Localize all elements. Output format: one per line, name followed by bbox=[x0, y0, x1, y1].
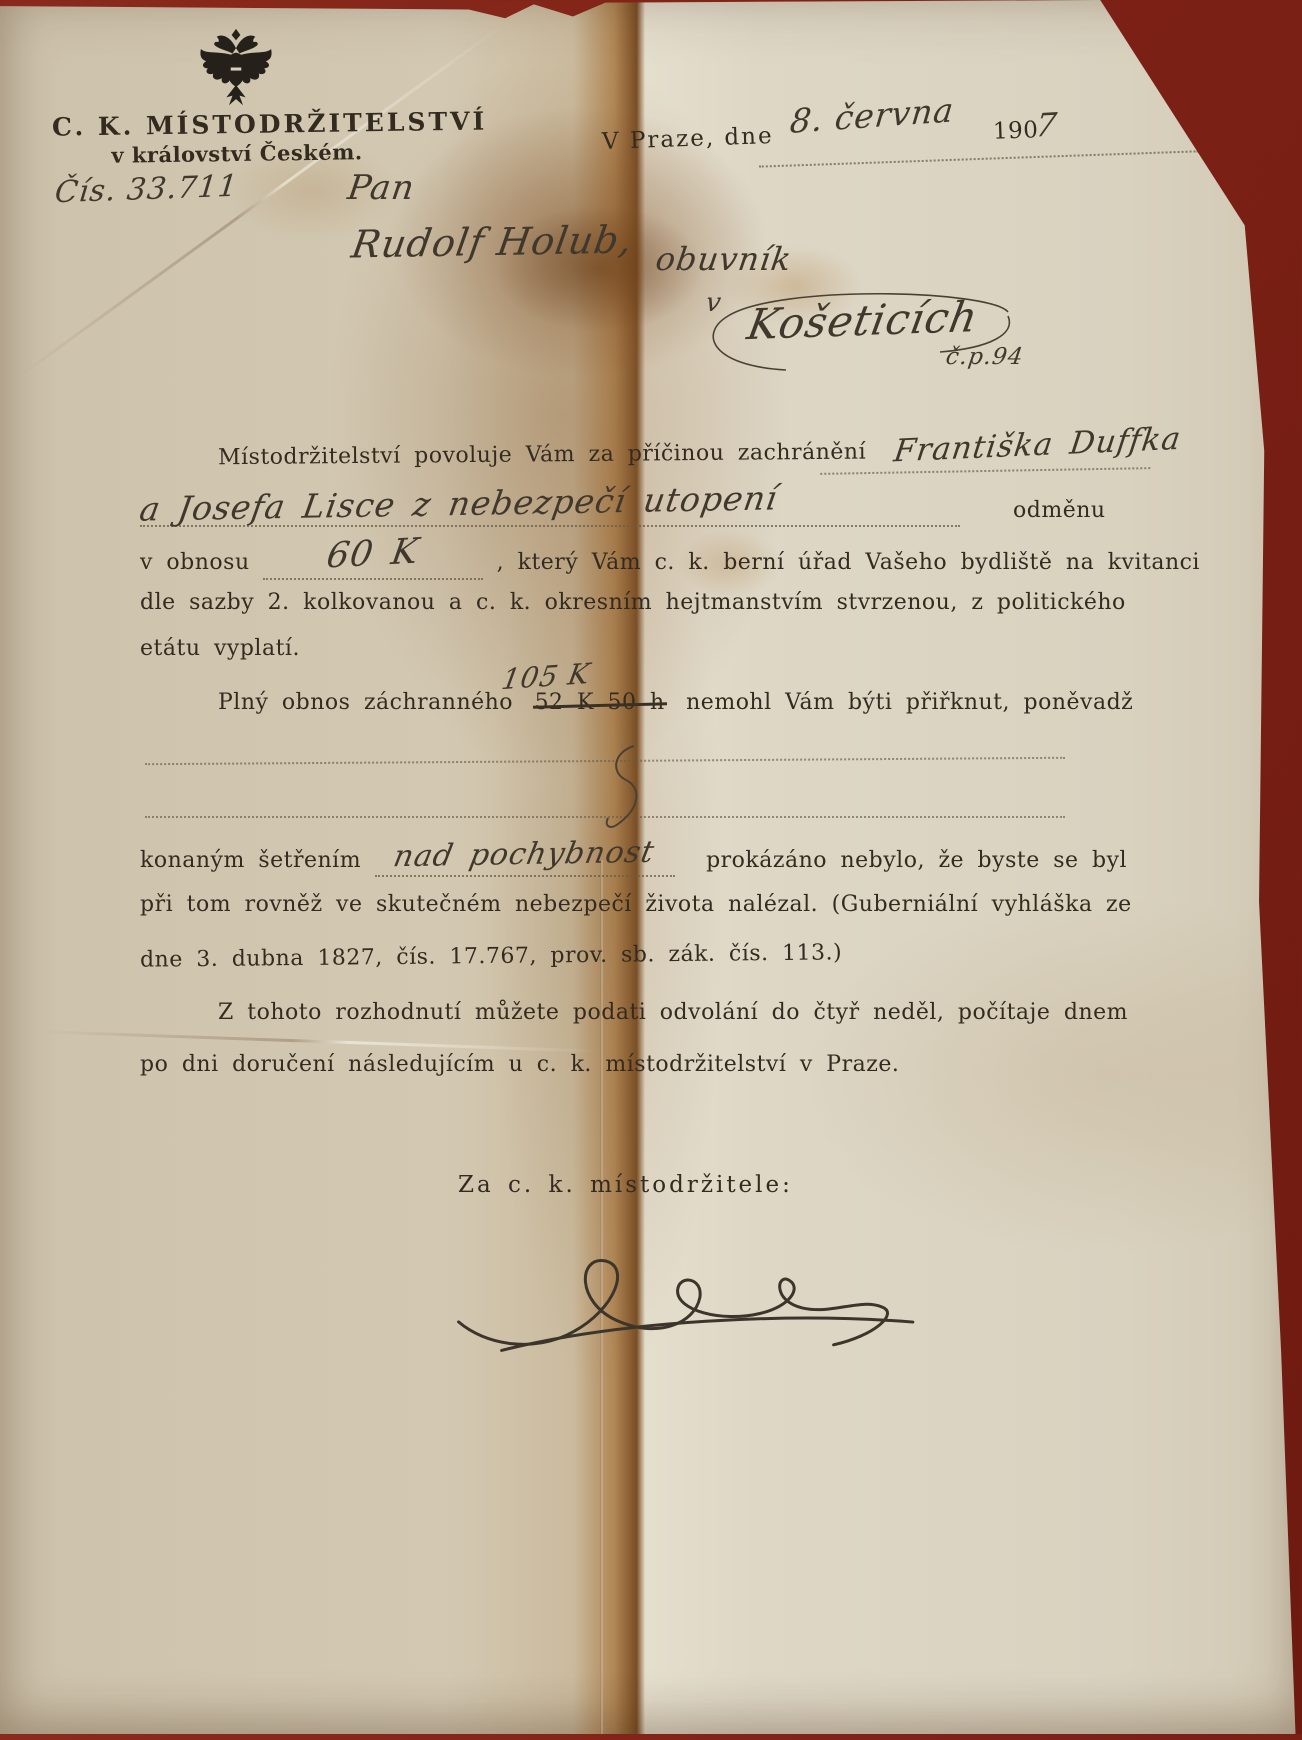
body-line: Plný obnos záchranného 52 K 50 h nemohl … bbox=[218, 690, 1133, 715]
rescued-name-2: a Josefa Lisce z nebezpečí utopení bbox=[137, 478, 781, 528]
body-text: prokázáno nebylo, že byste se byl bbox=[706, 848, 1127, 873]
body-line: dne 3. dubna 1827, čís. 17.767, prov. sb… bbox=[140, 940, 842, 972]
body-line: Z tohoto rozhodnutí můžete podati odvolá… bbox=[218, 1000, 1128, 1025]
body-text: v obnosu bbox=[140, 550, 250, 575]
closing-signature-label: Za c. k. místodržitele: bbox=[458, 1172, 793, 1198]
body-line: při tom rovněž ve skutečném nebezpečí ži… bbox=[140, 892, 1132, 917]
body-text: konaným šetřením bbox=[140, 848, 361, 873]
addressee-occupation: obuvník bbox=[653, 240, 794, 278]
place-date-label: V Praze, dne bbox=[602, 123, 774, 155]
body-line: etátu vyplatí. bbox=[140, 636, 300, 661]
addressee-house-number: č.p.94 bbox=[944, 344, 1025, 370]
body-line: a Josefa Lisce z nebezpečí utopení odměn… bbox=[140, 486, 1106, 527]
fill-in-phrase: nad pochybnost bbox=[391, 835, 658, 875]
file-number: Čís. 33.711 bbox=[53, 169, 240, 211]
struck-amount: 52 K 50 h bbox=[535, 690, 665, 715]
document-paper: C. K. MÍSTODRŽITELSTVÍ v království Česk… bbox=[0, 0, 1302, 1734]
office-subtitle: v království Českém. bbox=[52, 138, 422, 168]
body-text: , který Vám c. k. berní úřad Vašeho bydl… bbox=[497, 550, 1200, 575]
fill-underline bbox=[820, 435, 1151, 475]
double-headed-eagle-emblem bbox=[192, 28, 280, 114]
addressee-salutation: Pan bbox=[345, 168, 417, 208]
crease-line bbox=[40, 1030, 600, 1053]
body-text: odměnu bbox=[1013, 498, 1106, 523]
year-printed: 190 bbox=[993, 117, 1039, 145]
addressee-town: Košeticích bbox=[744, 292, 982, 349]
body-line: po dni doručení následujícím u c. k. mís… bbox=[140, 1052, 899, 1077]
office-name: C. K. MÍSTODRŽITELSTVÍ bbox=[52, 107, 422, 141]
pen-stroke bbox=[596, 742, 656, 832]
body-line: v obnosu 60 K , který Vám c. k. berní úř… bbox=[140, 538, 1200, 580]
reward-amount: 60 K bbox=[324, 531, 422, 576]
body-line: konaným šetřením nad pochybnost prokázán… bbox=[140, 840, 1127, 877]
body-text: Místodržitelství povoluje Vám za příčino… bbox=[218, 440, 866, 471]
handwritten-signature bbox=[437, 1213, 932, 1390]
addressee-name: Rudolf Holub, bbox=[349, 217, 637, 266]
body-line: dle sazby 2. kolkovanou a c. k. okresním… bbox=[140, 590, 1126, 615]
body-text: Plný obnos záchranného bbox=[218, 690, 513, 715]
body-text: nemohl Vám býti přiřknut, poněvadž bbox=[686, 690, 1133, 715]
